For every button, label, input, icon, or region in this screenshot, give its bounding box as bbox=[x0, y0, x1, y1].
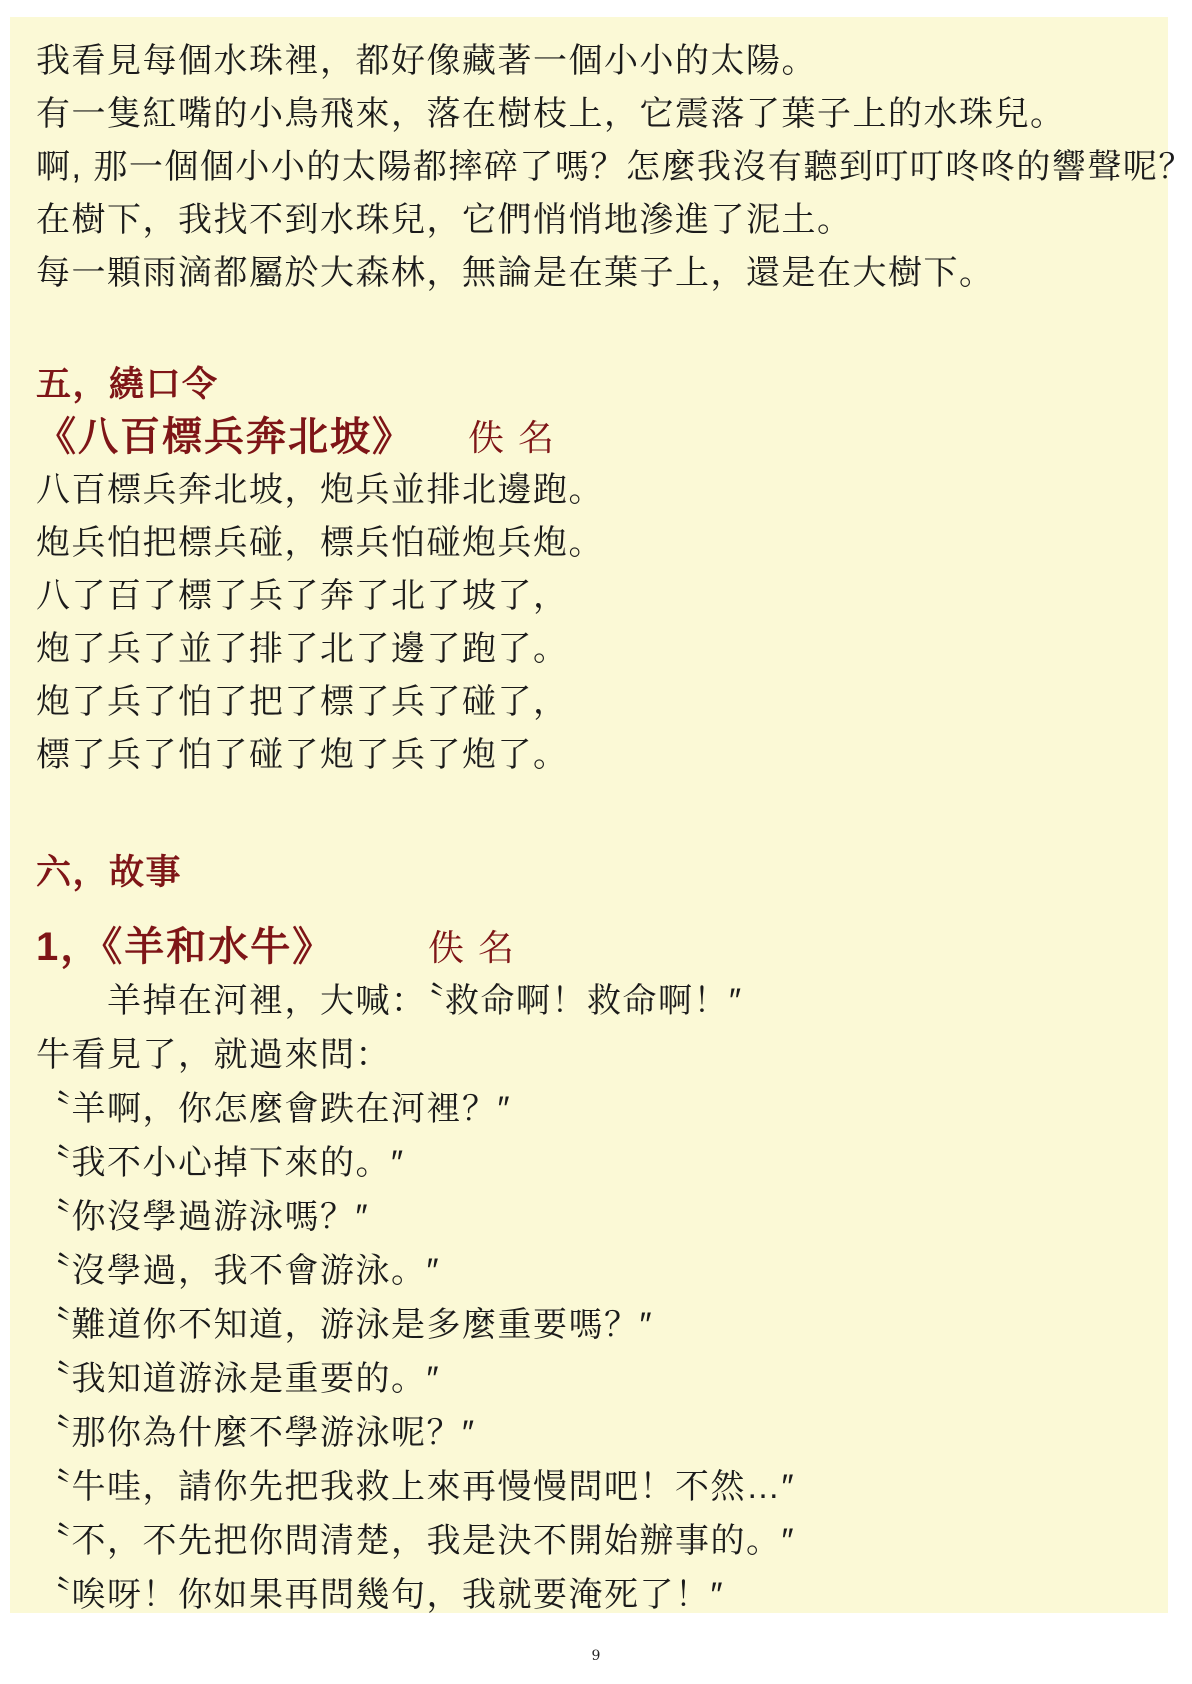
text-line: 〝沒學過，我不會游泳。″ bbox=[36, 1244, 1160, 1298]
yellow-text-sheet: 我看見每個水珠裡，都好像藏著一個小小的太陽。有一隻紅嘴的小鳥飛來，落在樹枝上，它… bbox=[10, 17, 1168, 1613]
text-line: 八百標兵奔北坡，炮兵並排北邊跑。 bbox=[36, 464, 1160, 517]
document-page: 我看見每個水珠裡，都好像藏著一個小小的太陽。有一隻紅嘴的小鳥飛來，落在樹枝上，它… bbox=[0, 0, 1192, 1684]
text-line: 標了兵了怕了碰了炮了兵了炮了。 bbox=[36, 729, 1160, 782]
story-title: 1，《羊和水牛》 bbox=[36, 925, 334, 969]
text-line: 炮了兵了並了排了北了邊了跑了。 bbox=[36, 623, 1160, 676]
page-number: 9 bbox=[0, 1648, 1192, 1664]
text-line: 〝我不小心掉下來的。″ bbox=[36, 1136, 1160, 1190]
text-line: 〝我知道游泳是重要的。″ bbox=[36, 1352, 1160, 1406]
section-heading-story: 六，故事 bbox=[36, 846, 1160, 899]
text-line: 炮了兵了怕了把了標了兵了碰了， bbox=[36, 676, 1160, 729]
text-line: 〝那你為什麼不學游泳呢？″ bbox=[36, 1406, 1160, 1460]
text-line: 〝不，不先把你問清楚，我是決不開始辦事的。″ bbox=[36, 1514, 1160, 1568]
story-title-row: 1，《羊和水牛》 佚 名 bbox=[36, 921, 1160, 974]
text-line: 牛看見了，就過來問： bbox=[36, 1028, 1160, 1082]
text-line: 每一顆雨滴都屬於大森林，無論是在葉子上，還是在大樹下。 bbox=[36, 247, 1160, 300]
text-line: 啊, 那一個個小小的太陽都摔碎了嗎？怎麼我沒有聽到叮叮咚咚的響聲呢？ bbox=[36, 141, 1160, 194]
text-line: 有一隻紅嘴的小鳥飛來，落在樹枝上，它震落了葉子上的水珠兒。 bbox=[36, 88, 1160, 141]
intro-paragraph: 我看見每個水珠裡，都好像藏著一個小小的太陽。有一隻紅嘴的小鳥飛來，落在樹枝上，它… bbox=[36, 35, 1160, 300]
text-line: 〝你沒學過游泳嗎？″ bbox=[36, 1190, 1160, 1244]
content-area: 我看見每個水珠裡，都好像藏著一個小小的太陽。有一隻紅嘴的小鳥飛來，落在樹枝上，它… bbox=[36, 35, 1160, 1622]
text-line: 〝難道你不知道，游泳是多麼重要嗎？″ bbox=[36, 1298, 1160, 1352]
text-line: 〝牛哇，請你先把我救上來再慢慢問吧！不然…″ bbox=[36, 1460, 1160, 1514]
text-line: 我看見每個水珠裡，都好像藏著一個小小的太陽。 bbox=[36, 35, 1160, 88]
story-lines: 羊掉在河裡，大喊：〝救命啊！救命啊！″牛看見了，就過來問：〝羊啊，你怎麼會跌在河… bbox=[36, 974, 1160, 1622]
heading-gap bbox=[36, 899, 1160, 921]
text-line: 八了百了標了兵了奔了北了坡了， bbox=[36, 570, 1160, 623]
tongue-twister-author: 佚 名 bbox=[468, 411, 556, 464]
text-line: 〝唉呀！你如果再問幾句，我就要淹死了！″ bbox=[36, 1568, 1160, 1622]
section-heading-tongue-twister: 五，繞口令 bbox=[36, 358, 1160, 411]
text-line: 羊掉在河裡，大喊：〝救命啊！救命啊！″ bbox=[36, 974, 1160, 1028]
tongue-twister-title: 《八百標兵奔北坡》 bbox=[36, 415, 414, 459]
tongue-twister-lines: 八百標兵奔北坡，炮兵並排北邊跑。炮兵怕把標兵碰，標兵怕碰炮兵炮。八了百了標了兵了… bbox=[36, 464, 1160, 782]
tongue-twister-title-row: 《八百標兵奔北坡》 佚 名 bbox=[36, 411, 1160, 464]
text-line: 〝羊啊，你怎麼會跌在河裡？″ bbox=[36, 1082, 1160, 1136]
section-gap bbox=[36, 782, 1160, 846]
text-line: 炮兵怕把標兵碰，標兵怕碰炮兵炮。 bbox=[36, 517, 1160, 570]
text-line: 在樹下，我找不到水珠兒，它們悄悄地滲進了泥土。 bbox=[36, 194, 1160, 247]
story-author: 佚 名 bbox=[428, 921, 516, 974]
paragraph-gap bbox=[36, 300, 1160, 358]
